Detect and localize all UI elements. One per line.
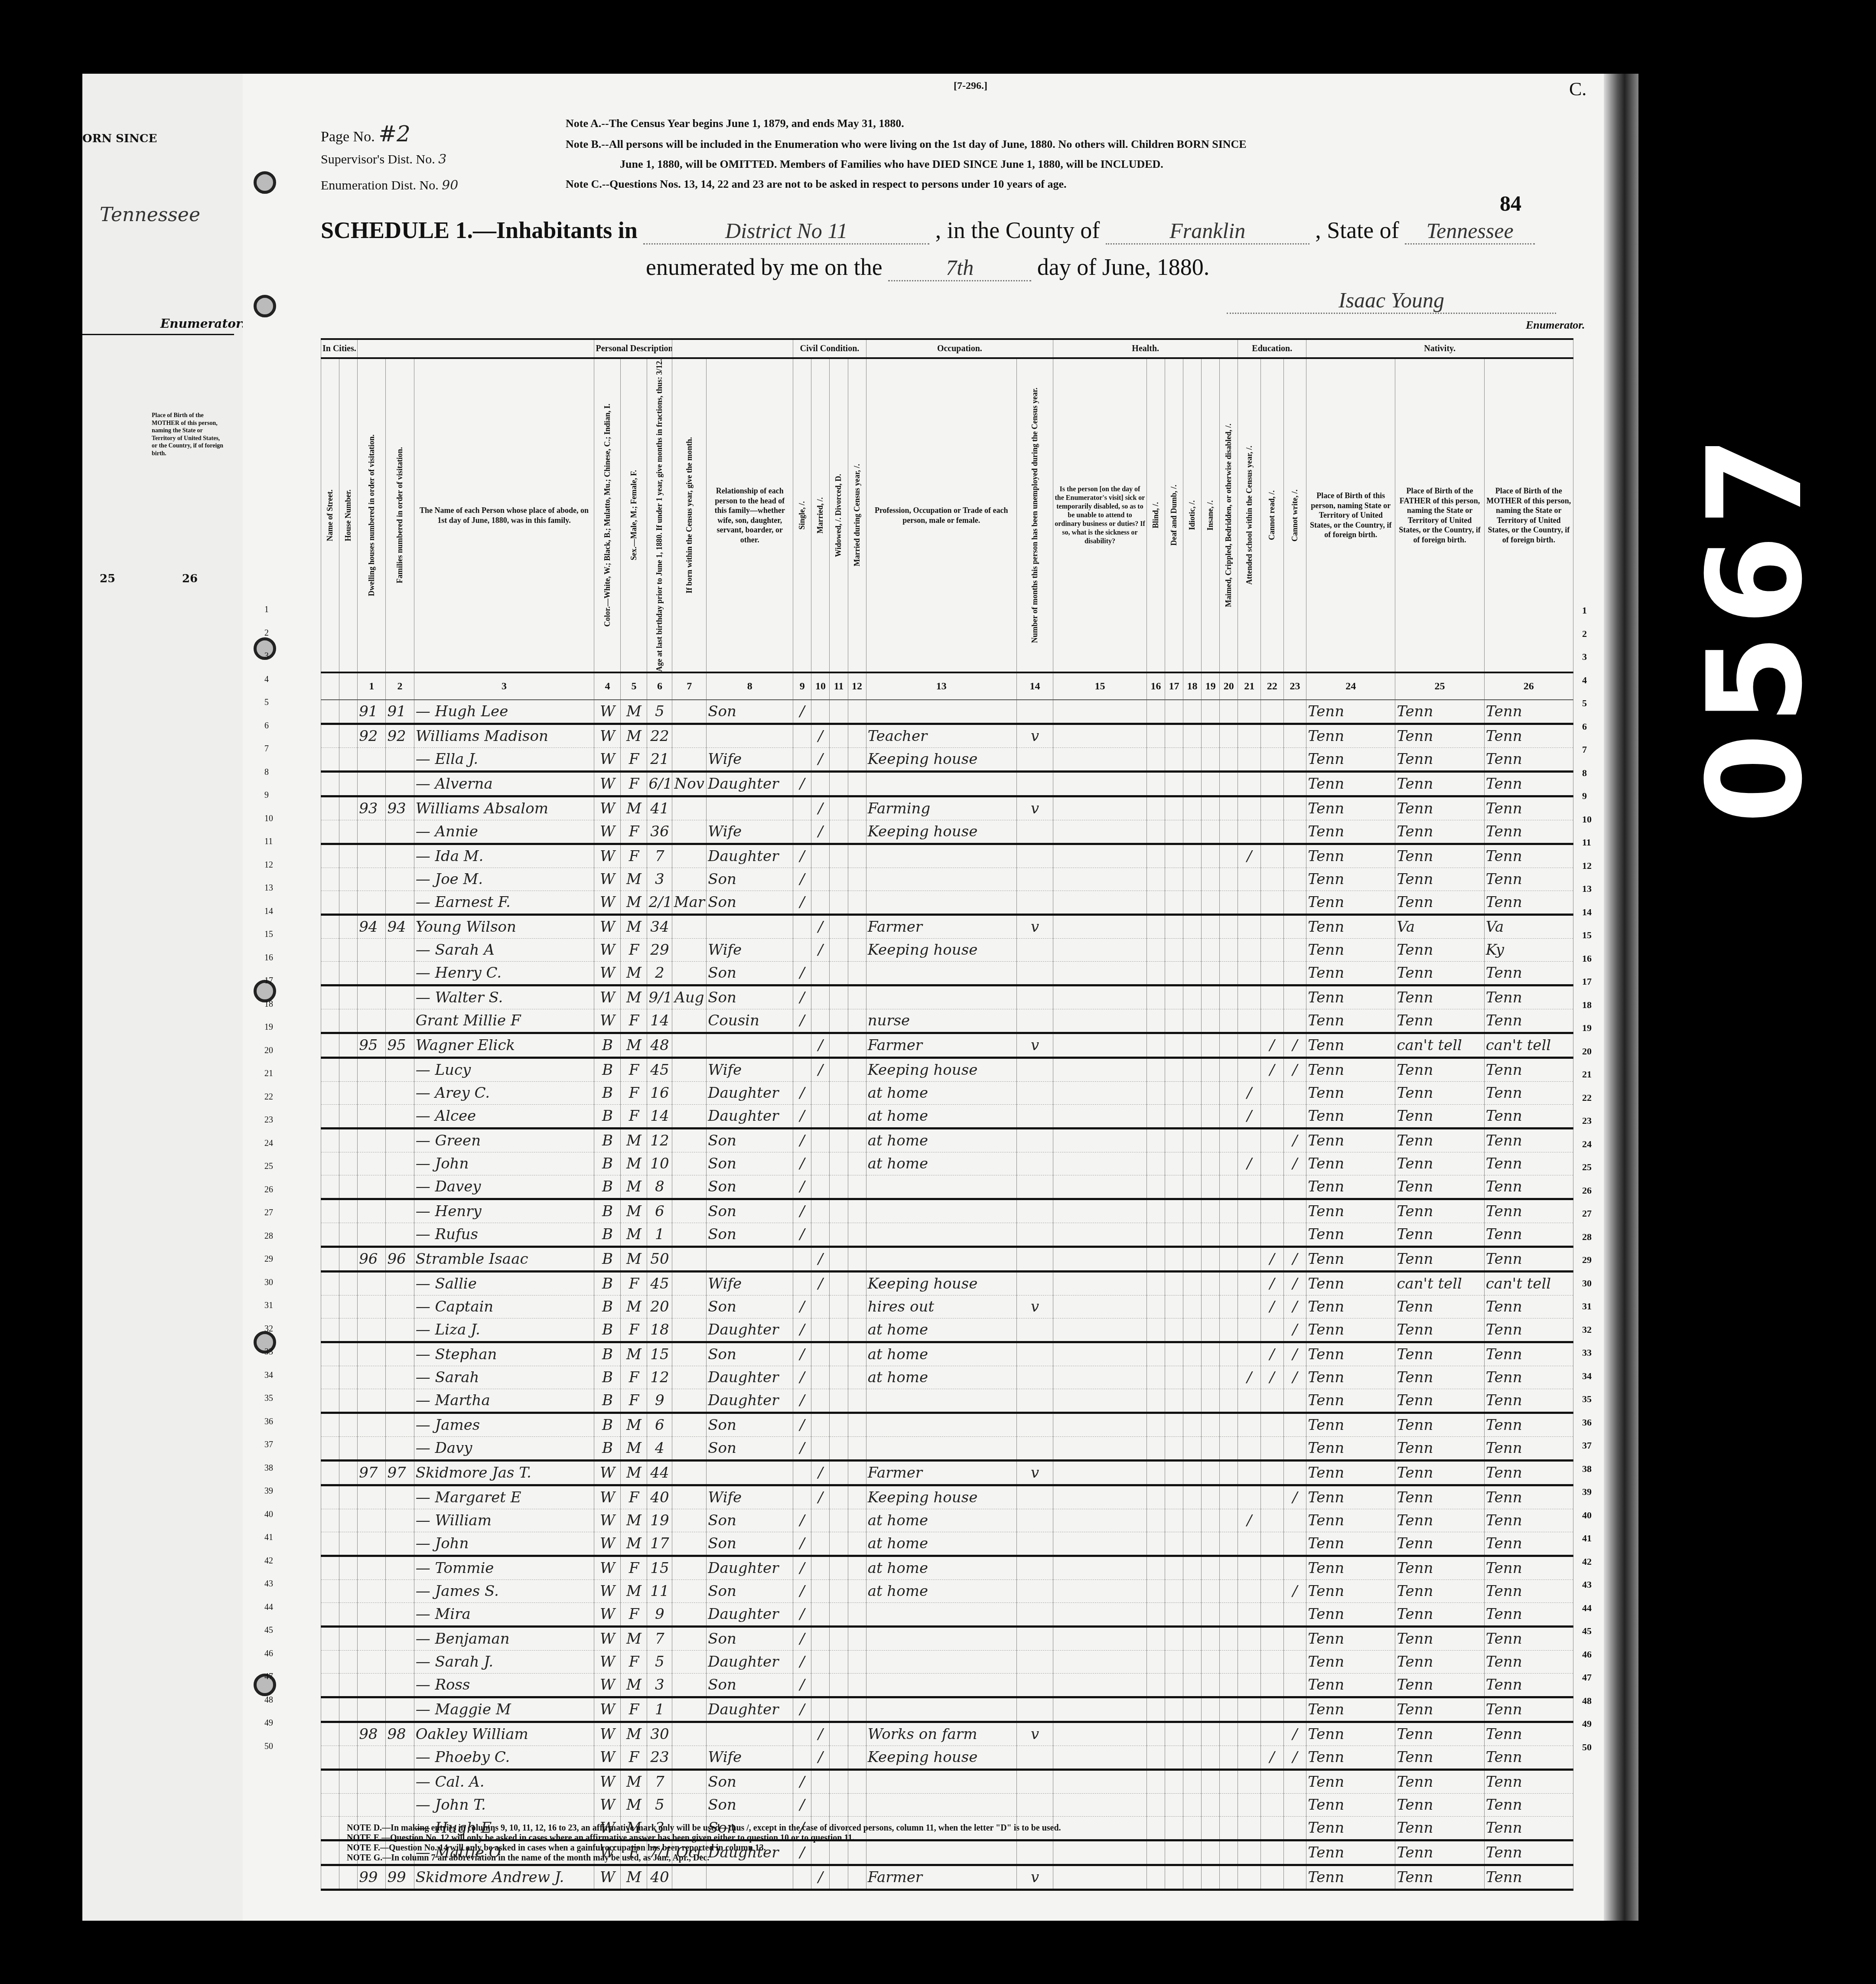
widowed-mark-cell: [830, 1697, 848, 1722]
house-number-cell: [339, 1485, 358, 1509]
birthplace-cell: Tenn: [1306, 1532, 1395, 1556]
married-during-year-cell: [848, 985, 866, 1009]
family-number-cell: 92: [386, 724, 414, 748]
blind-cell: [1146, 1840, 1165, 1865]
previous-page-header-fragment: ORN SINCE: [82, 132, 157, 145]
family-number-cell: [386, 1580, 414, 1603]
single-mark-cell: /: [793, 844, 811, 868]
sex-cell: F: [621, 1058, 647, 1082]
col-15-header: Is the person [on the day of the Enumera…: [1053, 358, 1147, 672]
attended-school-cell: [1238, 891, 1261, 915]
age-cell: 36: [647, 820, 672, 844]
occupation-cell: [866, 1199, 1016, 1223]
previous-page-enumerator-label: Enumerator.: [160, 317, 245, 331]
occupation-cell: [866, 1794, 1016, 1817]
color-cell: B: [594, 1342, 621, 1366]
cannot-write-cell: /: [1283, 1272, 1306, 1295]
dwelling-number-cell: [358, 1175, 386, 1199]
attended-school-cell: [1238, 1817, 1261, 1840]
street-cell: [321, 1082, 339, 1105]
sex-cell: M: [621, 1580, 647, 1603]
dwelling-number-cell: [358, 1556, 386, 1580]
father-birthplace-cell: Tenn: [1395, 962, 1484, 985]
deaf-dumb-cell: [1165, 1697, 1183, 1722]
mother-birthplace-cell: Tenn: [1484, 1058, 1573, 1082]
color-cell: W: [594, 1461, 621, 1485]
table-row: — DaveyBM8Son/TennTennTenn: [321, 1175, 1573, 1199]
cannot-read-cell: [1260, 1509, 1283, 1532]
married-during-year-cell: [848, 939, 866, 962]
married-during-year-cell: [848, 1532, 866, 1556]
cannot-read-cell: [1260, 844, 1283, 868]
sickness-cell: [1053, 1105, 1147, 1129]
maimed-cell: [1220, 915, 1238, 939]
attended-school-cell: [1238, 1580, 1261, 1603]
state-value: Tennessee: [1405, 218, 1535, 245]
family-number-cell: [386, 772, 414, 796]
line-number: 8: [264, 767, 269, 777]
house-number-cell: [339, 1389, 358, 1413]
age-cell: 45: [647, 1058, 672, 1082]
months-unemployed-cell: [1016, 700, 1053, 724]
family-number-cell: [386, 1129, 414, 1152]
col-10-header: Married, /.: [811, 358, 830, 672]
mother-birthplace-cell: Tenn: [1484, 985, 1573, 1009]
father-birthplace-cell: Tenn: [1395, 1651, 1484, 1674]
street-cell: [321, 1817, 339, 1840]
cannot-read-cell: /: [1260, 1247, 1283, 1272]
birthplace-cell: Tenn: [1306, 1509, 1395, 1532]
attended-school-cell: /: [1238, 844, 1261, 868]
birth-month-cell: [672, 1223, 707, 1247]
occupation-cell: at home: [866, 1105, 1016, 1129]
street-cell: [321, 891, 339, 915]
table-row: — StephanBM15Son/at home//TennTennTenn: [321, 1342, 1573, 1366]
person-name-cell: — William: [414, 1509, 594, 1532]
birth-month-cell: [672, 1674, 707, 1697]
table-row: — MarthaBF9Daughter/TennTennTenn: [321, 1389, 1573, 1413]
dwelling-number-cell: 94: [358, 915, 386, 939]
father-birthplace-cell: Tenn: [1395, 796, 1484, 820]
maimed-cell: [1220, 1437, 1238, 1461]
table-row: — Henry C.WM2Son/TennTennTenn: [321, 962, 1573, 985]
dwelling-number-cell: [358, 1437, 386, 1461]
maimed-cell: [1220, 1817, 1238, 1840]
relationship-cell: Daughter: [707, 1389, 793, 1413]
idiotic-cell: [1183, 1603, 1202, 1627]
blind-cell: [1146, 1082, 1165, 1105]
sex-cell: F: [621, 844, 647, 868]
deaf-dumb-cell: [1165, 1532, 1183, 1556]
birth-month-cell: Nov: [672, 772, 707, 796]
person-name-cell: — Annie: [414, 820, 594, 844]
deaf-dumb-cell: [1165, 868, 1183, 891]
blind-cell: [1146, 962, 1165, 985]
binder-ring-icon: [254, 171, 276, 194]
single-mark-cell: [793, 820, 811, 844]
birth-month-cell: [672, 748, 707, 772]
person-name-cell: Skidmore Andrew J.: [414, 1865, 594, 1890]
person-name-cell: — Alverna: [414, 772, 594, 796]
married-during-year-cell: [848, 1082, 866, 1105]
months-unemployed-cell: [1016, 1674, 1053, 1697]
birth-month-cell: [672, 1199, 707, 1223]
col-4-header: Color.—White, W.; Black, B.; Mulatto, Mu…: [594, 358, 621, 672]
group-nativity: Nativity.: [1306, 339, 1573, 358]
attended-school-cell: [1238, 985, 1261, 1009]
married-mark-cell: [811, 772, 830, 796]
line-number: 28: [1582, 1231, 1592, 1243]
col-3-header: The Name of each Person whose place of a…: [414, 358, 594, 672]
col-22-header: Cannot read, /.: [1260, 358, 1283, 672]
mother-birthplace-cell: Tenn: [1484, 962, 1573, 985]
deaf-dumb-cell: [1165, 1437, 1183, 1461]
dwelling-number-cell: 99: [358, 1865, 386, 1890]
cannot-write-cell: [1283, 1223, 1306, 1247]
relationship-cell: Son: [707, 1129, 793, 1152]
birthplace-cell: Tenn: [1306, 1175, 1395, 1199]
line-number: 23: [1582, 1115, 1592, 1126]
married-during-year-cell: [848, 748, 866, 772]
deaf-dumb-cell: [1165, 1366, 1183, 1389]
dwelling-number-cell: [358, 748, 386, 772]
married-during-year-cell: [848, 1129, 866, 1152]
person-name-cell: — Ella J.: [414, 748, 594, 772]
deaf-dumb-cell: [1165, 1342, 1183, 1366]
widowed-mark-cell: [830, 1770, 848, 1794]
line-number: 35: [1582, 1393, 1592, 1405]
married-during-year-cell: [848, 1697, 866, 1722]
col-8-header: Relationship of each person to the head …: [707, 358, 793, 672]
sex-cell: F: [621, 1651, 647, 1674]
mother-birthplace-cell: Tenn: [1484, 1223, 1573, 1247]
father-birthplace-cell: Tenn: [1395, 1366, 1484, 1389]
deaf-dumb-cell: [1165, 1058, 1183, 1082]
line-number: 16: [1582, 953, 1592, 964]
occupation-cell: Keeping house: [866, 1746, 1016, 1770]
sickness-cell: [1053, 1697, 1147, 1722]
maimed-cell: [1220, 1580, 1238, 1603]
family-number-cell: [386, 1318, 414, 1342]
mother-birthplace-cell: Tenn: [1484, 1794, 1573, 1817]
married-during-year-cell: [848, 962, 866, 985]
attended-school-cell: [1238, 1697, 1261, 1722]
line-number: 28: [264, 1231, 273, 1241]
sex-cell: M: [621, 1722, 647, 1746]
cannot-write-cell: [1283, 1199, 1306, 1223]
cannot-write-cell: /: [1283, 1295, 1306, 1318]
single-mark-cell: /: [793, 1603, 811, 1627]
blind-cell: [1146, 1865, 1165, 1890]
line-number: 46: [264, 1649, 273, 1659]
months-unemployed-cell: [1016, 1746, 1053, 1770]
line-number: 46: [1582, 1649, 1592, 1660]
attended-school-cell: [1238, 1009, 1261, 1033]
age-cell: 8: [647, 1175, 672, 1199]
relationship-cell: Daughter: [707, 1082, 793, 1105]
birth-month-cell: [672, 1318, 707, 1342]
cannot-write-cell: [1283, 724, 1306, 748]
line-number: 24: [264, 1139, 273, 1149]
line-number: 18: [264, 999, 273, 1009]
age-cell: 7: [647, 1627, 672, 1651]
cannot-write-cell: /: [1283, 1366, 1306, 1389]
relationship-cell: Son: [707, 1295, 793, 1318]
sickness-cell: [1053, 796, 1147, 820]
idiotic-cell: [1183, 1627, 1202, 1651]
cannot-read-cell: [1260, 962, 1283, 985]
family-number-cell: [386, 1697, 414, 1722]
mother-birthplace-cell: Tenn: [1484, 1152, 1573, 1175]
mother-birthplace-cell: Tenn: [1484, 1175, 1573, 1199]
married-mark-cell: [811, 1697, 830, 1722]
blind-cell: [1146, 1033, 1165, 1058]
table-row: — Sarah AWF29Wife/Keeping houseTennTennK…: [321, 939, 1573, 962]
line-number: 48: [264, 1695, 273, 1705]
sickness-cell: [1053, 1674, 1147, 1697]
blind-cell: [1146, 985, 1165, 1009]
color-cell: W: [594, 891, 621, 915]
line-number: 30: [1582, 1278, 1592, 1289]
note-b: Note B.--All persons will be included in…: [566, 138, 1247, 151]
person-name-cell: Williams Madison: [414, 724, 594, 748]
sex-cell: M: [621, 915, 647, 939]
deaf-dumb-cell: [1165, 1865, 1183, 1890]
note-g: NOTE G.—In column 7 an abbreviation in t…: [347, 1853, 1061, 1863]
attended-school-cell: [1238, 1840, 1261, 1865]
line-number: 27: [264, 1208, 273, 1218]
insane-cell: [1202, 1794, 1220, 1817]
age-cell: 4: [647, 1437, 672, 1461]
street-cell: [321, 1651, 339, 1674]
person-name-cell: — Alcee: [414, 1105, 594, 1129]
sex-cell: M: [621, 1129, 647, 1152]
dwelling-number-cell: [358, 985, 386, 1009]
insane-cell: [1202, 1556, 1220, 1580]
idiotic-cell: [1183, 1129, 1202, 1152]
age-cell: 6: [647, 1199, 672, 1223]
house-number-cell: [339, 1223, 358, 1247]
father-birthplace-cell: Tenn: [1395, 1105, 1484, 1129]
father-birthplace-cell: Tenn: [1395, 1058, 1484, 1082]
table-row: Grant Millie FWF14Cousin/nurseTennTennTe…: [321, 1009, 1573, 1033]
blind-cell: [1146, 1175, 1165, 1199]
table-row: — LucyBF45Wife/Keeping house//TennTennTe…: [321, 1058, 1573, 1082]
relationship-cell: Son: [707, 985, 793, 1009]
dwelling-number-cell: [358, 1223, 386, 1247]
sickness-cell: [1053, 985, 1147, 1009]
maimed-cell: [1220, 1651, 1238, 1674]
birth-month-cell: [672, 1651, 707, 1674]
house-number-cell: [339, 1295, 358, 1318]
idiotic-cell: [1183, 1556, 1202, 1580]
family-number-cell: [386, 985, 414, 1009]
line-number: 42: [264, 1556, 273, 1566]
insane-cell: [1202, 1342, 1220, 1366]
deaf-dumb-cell: [1165, 700, 1183, 724]
months-unemployed-cell: [1016, 1009, 1053, 1033]
deaf-dumb-cell: [1165, 1770, 1183, 1794]
married-mark-cell: [811, 962, 830, 985]
col-20-header: Maimed, Crippled, Bedridden, or otherwis…: [1220, 358, 1238, 672]
maimed-cell: [1220, 700, 1238, 724]
table-row: — Cal. A.WM7Son/TennTennTenn: [321, 1770, 1573, 1794]
cannot-write-cell: [1283, 868, 1306, 891]
idiotic-cell: [1183, 1722, 1202, 1746]
blind-cell: [1146, 1509, 1165, 1532]
relationship-cell: Son: [707, 1223, 793, 1247]
relationship-cell: [707, 1722, 793, 1746]
street-cell: [321, 700, 339, 724]
attended-school-cell: [1238, 748, 1261, 772]
line-number: 50: [264, 1742, 273, 1752]
married-mark-cell: [811, 1532, 830, 1556]
single-mark-cell: [793, 1461, 811, 1485]
maimed-cell: [1220, 1627, 1238, 1651]
months-unemployed-cell: v: [1016, 1295, 1053, 1318]
idiotic-cell: [1183, 1485, 1202, 1509]
birthplace-cell: Tenn: [1306, 1413, 1395, 1437]
idiotic-cell: [1183, 1175, 1202, 1199]
single-mark-cell: [793, 1247, 811, 1272]
blind-cell: [1146, 1318, 1165, 1342]
age-cell: 1: [647, 1697, 672, 1722]
occupation-cell: [866, 700, 1016, 724]
married-during-year-cell: [848, 1152, 866, 1175]
color-cell: W: [594, 700, 621, 724]
color-cell: W: [594, 1770, 621, 1794]
insane-cell: [1202, 1697, 1220, 1722]
table-row: — Phoeby C.WF23Wife/Keeping house//TennT…: [321, 1746, 1573, 1770]
sickness-cell: [1053, 1247, 1147, 1272]
line-number: 36: [264, 1417, 273, 1427]
house-number-cell: [339, 1794, 358, 1817]
single-mark-cell: /: [793, 1389, 811, 1413]
deaf-dumb-cell: [1165, 1199, 1183, 1223]
line-number: 15: [264, 930, 273, 940]
insane-cell: [1202, 844, 1220, 868]
insane-cell: [1202, 1865, 1220, 1890]
idiotic-cell: [1183, 772, 1202, 796]
age-cell: 5: [647, 700, 672, 724]
birth-month-cell: [672, 1105, 707, 1129]
age-cell: 50: [647, 1247, 672, 1272]
maimed-cell: [1220, 1485, 1238, 1509]
idiotic-cell: [1183, 1318, 1202, 1342]
family-number-cell: [386, 1009, 414, 1033]
cannot-read-cell: [1260, 1223, 1283, 1247]
married-during-year-cell: [848, 796, 866, 820]
insane-cell: [1202, 1082, 1220, 1105]
family-number-cell: [386, 1105, 414, 1129]
occupation-cell: at home: [866, 1318, 1016, 1342]
attended-school-cell: [1238, 939, 1261, 962]
single-mark-cell: /: [793, 985, 811, 1009]
maimed-cell: [1220, 724, 1238, 748]
age-cell: 1: [647, 1223, 672, 1247]
cannot-read-cell: [1260, 1603, 1283, 1627]
house-number-cell: [339, 1033, 358, 1058]
deaf-dumb-cell: [1165, 939, 1183, 962]
deaf-dumb-cell: [1165, 985, 1183, 1009]
family-number-cell: [386, 1437, 414, 1461]
sickness-cell: [1053, 1722, 1147, 1746]
blind-cell: [1146, 724, 1165, 748]
mother-birthplace-cell: Tenn: [1484, 1865, 1573, 1890]
relationship-cell: Son: [707, 1175, 793, 1199]
column-group-row: In Cities. Personal Description. Civil C…: [321, 339, 1573, 358]
married-mark-cell: [811, 700, 830, 724]
single-mark-cell: [793, 939, 811, 962]
cannot-write-cell: /: [1283, 1746, 1306, 1770]
widowed-mark-cell: [830, 1722, 848, 1746]
cannot-read-cell: [1260, 1794, 1283, 1817]
table-row: — John T.WM5Son/TennTennTenn: [321, 1794, 1573, 1817]
cannot-write-cell: [1283, 1840, 1306, 1865]
age-cell: 15: [647, 1342, 672, 1366]
married-during-year-cell: [848, 1175, 866, 1199]
color-cell: W: [594, 1746, 621, 1770]
age-cell: 5: [647, 1651, 672, 1674]
married-during-year-cell: [848, 915, 866, 939]
enumerator-name: Isaac Young: [1227, 287, 1556, 314]
father-birthplace-cell: can't tell: [1395, 1272, 1484, 1295]
table-row: — Arey C.BF16Daughter/at home/TennTennTe…: [321, 1082, 1573, 1105]
age-cell: 12: [647, 1366, 672, 1389]
single-mark-cell: /: [793, 1770, 811, 1794]
insane-cell: [1202, 1389, 1220, 1413]
insane-cell: [1202, 939, 1220, 962]
blind-cell: [1146, 1366, 1165, 1389]
table-row: 9898Oakley WilliamWM30/Works on farmv/Te…: [321, 1722, 1573, 1746]
age-cell: 9: [647, 1389, 672, 1413]
idiotic-cell: [1183, 1247, 1202, 1272]
sex-cell: M: [621, 1342, 647, 1366]
married-mark-cell: [811, 1129, 830, 1152]
col-21-header: Attended school within the Census year, …: [1238, 358, 1261, 672]
relationship-cell: Daughter: [707, 1651, 793, 1674]
house-number-cell: [339, 748, 358, 772]
cannot-read-cell: /: [1260, 1746, 1283, 1770]
col-street-header: Name of Street.: [321, 358, 339, 672]
sex-cell: M: [621, 891, 647, 915]
blind-cell: [1146, 1556, 1165, 1580]
dwelling-number-cell: [358, 1199, 386, 1223]
relationship-cell: Son: [707, 1580, 793, 1603]
family-number-cell: [386, 1746, 414, 1770]
widowed-mark-cell: [830, 844, 848, 868]
idiotic-cell: [1183, 1413, 1202, 1437]
blind-cell: [1146, 868, 1165, 891]
previous-page-strip: ORN SINCE Tennessee Enumerator. Place of…: [82, 74, 243, 1921]
house-number-cell: [339, 1342, 358, 1366]
dwelling-number-cell: [358, 1389, 386, 1413]
birthplace-cell: Tenn: [1306, 1105, 1395, 1129]
occupation-cell: nurse: [866, 1009, 1016, 1033]
color-cell: W: [594, 1651, 621, 1674]
supervisor-district-value: 3: [438, 152, 446, 167]
insane-cell: [1202, 1295, 1220, 1318]
line-number: 47: [264, 1672, 273, 1682]
color-cell: B: [594, 1175, 621, 1199]
mother-birthplace-cell: Tenn: [1484, 772, 1573, 796]
widowed-mark-cell: [830, 1129, 848, 1152]
cannot-read-cell: [1260, 1532, 1283, 1556]
married-mark-cell: /: [811, 1033, 830, 1058]
months-unemployed-cell: [1016, 1152, 1053, 1175]
mother-birthplace-cell: Va: [1484, 915, 1573, 939]
relationship-cell: [707, 796, 793, 820]
